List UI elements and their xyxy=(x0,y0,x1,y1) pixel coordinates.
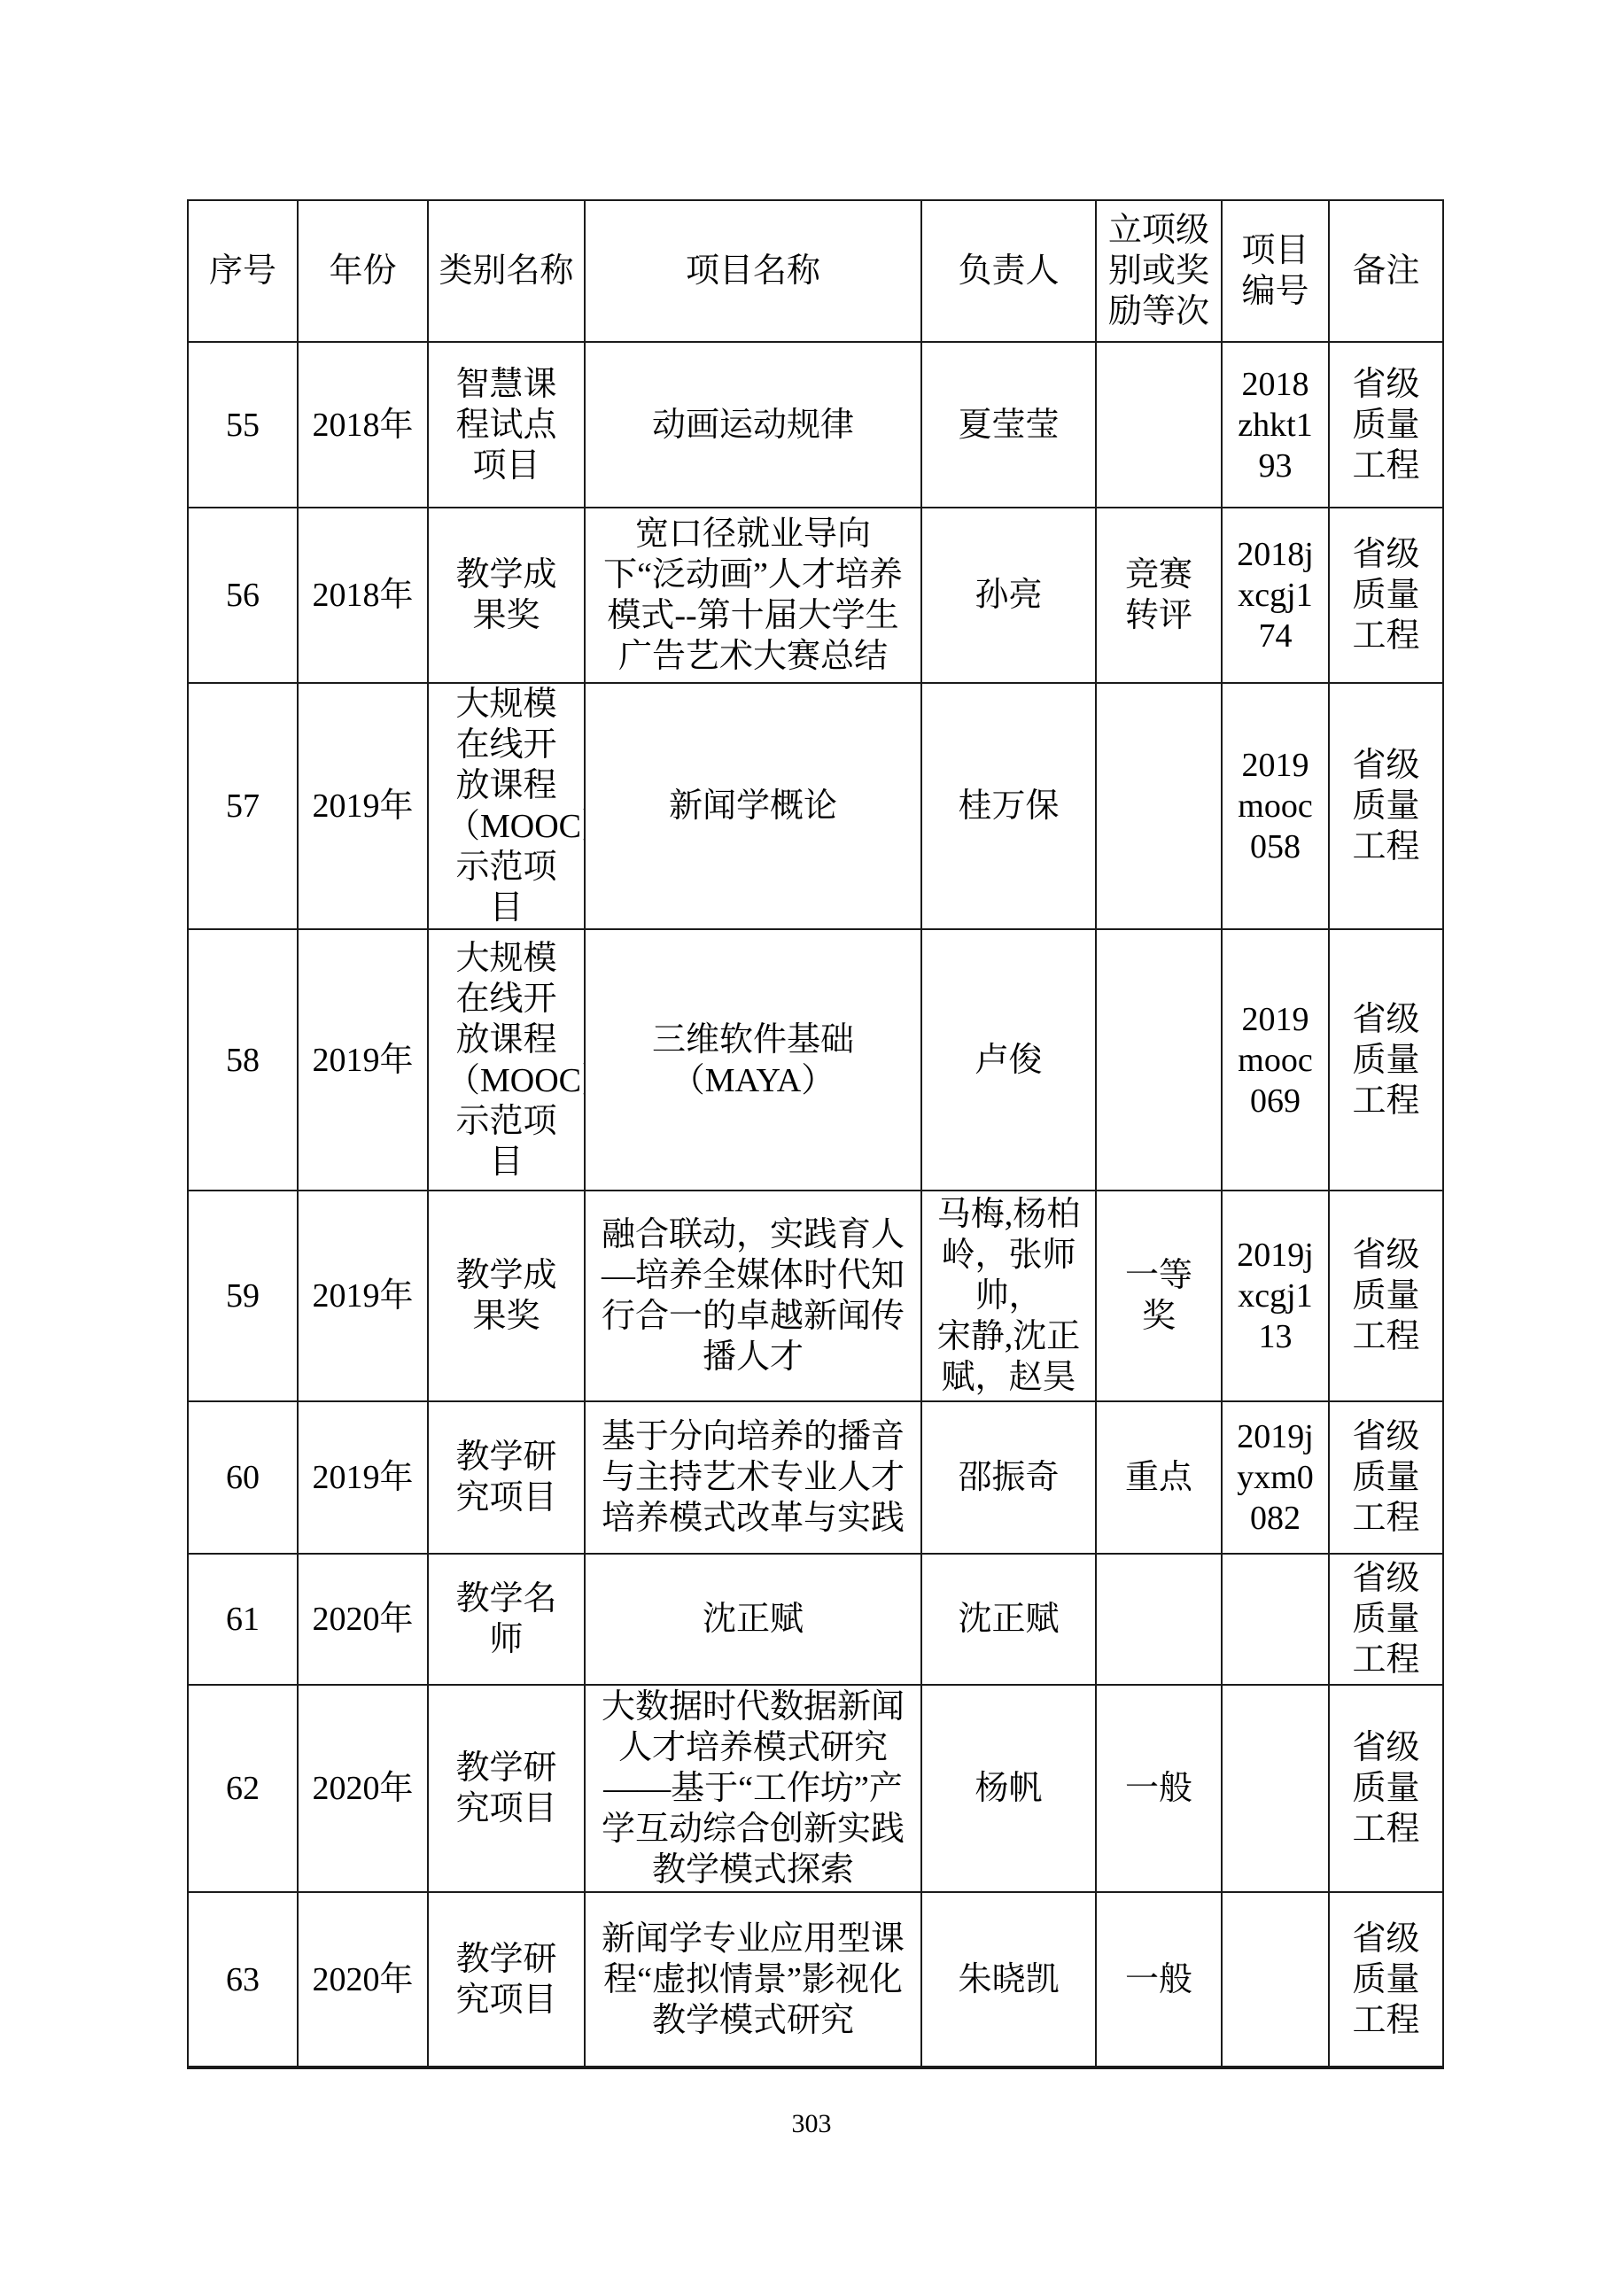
cell-year: 2019年 xyxy=(298,1401,428,1554)
cell-level: 一般 xyxy=(1096,1685,1222,1892)
table-row: 55 2018年 智慧课程试点项目 动画运动规律 夏莹莹 2018zhkt193… xyxy=(188,342,1443,508)
table-row: 58 2019年 大规模在线开放课程（MOOC）示范项目 三维软件基础（MAYA… xyxy=(188,929,1443,1191)
cell-leader: 夏莹莹 xyxy=(921,342,1096,508)
cell-category: 教学名师 xyxy=(428,1554,585,1685)
table-header: 序号 年份 类别名称 项目名称 负责人 立项级别或奖励等次 项目编号 备注 xyxy=(188,200,1443,342)
cell-note: 省级质量工程 xyxy=(1329,1685,1443,1892)
cell-code: 2019mooc069 xyxy=(1222,929,1329,1191)
table-row: 56 2018年 教学成果奖 宽口径就业导向下“泛动画”人才培养模式--第十届大… xyxy=(188,508,1443,683)
cell-note: 省级质量工程 xyxy=(1329,508,1443,683)
header-remark: 备注 xyxy=(1329,200,1443,342)
header-row: 序号 年份 类别名称 项目名称 负责人 立项级别或奖励等次 项目编号 备注 xyxy=(188,200,1443,342)
cell-year: 2018年 xyxy=(298,508,428,683)
cell-level: 重点 xyxy=(1096,1401,1222,1554)
cell-leader: 马梅,杨柏岭，张师帅， 宋静,沈正赋，赵昊 xyxy=(921,1191,1096,1401)
cell-no: 56 xyxy=(188,508,298,683)
cell-category: 教学研究项目 xyxy=(428,1892,585,2067)
cell-project: 宽口径就业导向下“泛动画”人才培养模式--第十届大学生广告艺术大赛总结 xyxy=(585,508,921,683)
table-row: 57 2019年 大规模在线开放课程（MOOC）示范项目 新闻学概论 桂万保 2… xyxy=(188,683,1443,929)
cell-no: 57 xyxy=(188,683,298,929)
cell-no: 61 xyxy=(188,1554,298,1685)
cell-project: 新闻学概论 xyxy=(585,683,921,929)
cell-category: 智慧课程试点项目 xyxy=(428,342,585,508)
cell-category: 大规模在线开放课程（MOOC）示范项目 xyxy=(428,929,585,1191)
cell-code: 2019jxcgj113 xyxy=(1222,1191,1329,1401)
cell-code: 2018zhkt193 xyxy=(1222,342,1329,508)
cell-leader: 桂万保 xyxy=(921,683,1096,929)
cell-note: 省级质量工程 xyxy=(1329,1554,1443,1685)
cell-note: 省级质量工程 xyxy=(1329,929,1443,1191)
cell-project: 三维软件基础（MAYA） xyxy=(585,929,921,1191)
cell-no: 55 xyxy=(188,342,298,508)
table-row: 59 2019年 教学成果奖 融合联动，实践育人—培养全媒体时代知行合一的卓越新… xyxy=(188,1191,1443,1401)
page-number: 303 xyxy=(0,2108,1623,2140)
cell-category: 教学成果奖 xyxy=(428,1191,585,1401)
header-year: 年份 xyxy=(298,200,428,342)
table-row: 62 2020年 教学研究项目 大数据时代数据新闻人才培养模式研究——基于“工作… xyxy=(188,1685,1443,1892)
table-row: 61 2020年 教学名师 沈正赋 沈正赋 省级质量工程 xyxy=(188,1554,1443,1685)
cell-leader: 卢俊 xyxy=(921,929,1096,1191)
cell-project: 新闻学专业应用型课程“虚拟情景”影视化教学模式研究 xyxy=(585,1892,921,2067)
cell-project: 融合联动，实践育人—培养全媒体时代知行合一的卓越新闻传播人才 xyxy=(585,1191,921,1401)
cell-code: 2019jyxm0082 xyxy=(1222,1401,1329,1554)
cell-no: 58 xyxy=(188,929,298,1191)
cell-level xyxy=(1096,683,1222,929)
cell-level xyxy=(1096,1554,1222,1685)
cell-note: 省级质量工程 xyxy=(1329,683,1443,929)
cell-leader: 孙亮 xyxy=(921,508,1096,683)
cell-no: 60 xyxy=(188,1401,298,1554)
cell-year: 2019年 xyxy=(298,929,428,1191)
document-page: 序号 年份 类别名称 项目名称 负责人 立项级别或奖励等次 项目编号 备注 55… xyxy=(0,0,1623,2296)
cell-note: 省级质量工程 xyxy=(1329,1401,1443,1554)
cell-category: 教学研究项目 xyxy=(428,1401,585,1554)
cell-project: 动画运动规律 xyxy=(585,342,921,508)
cell-note: 省级质量工程 xyxy=(1329,1892,1443,2067)
cell-project: 基于分向培养的播音与主持艺术专业人才培养模式改革与实践 xyxy=(585,1401,921,1554)
cell-no: 62 xyxy=(188,1685,298,1892)
table-body: 55 2018年 智慧课程试点项目 动画运动规律 夏莹莹 2018zhkt193… xyxy=(188,342,1443,2067)
cell-note: 省级质量工程 xyxy=(1329,1191,1443,1401)
cell-year: 2020年 xyxy=(298,1554,428,1685)
cell-project: 沈正赋 xyxy=(585,1554,921,1685)
cell-year: 2019年 xyxy=(298,683,428,929)
header-project-code: 项目编号 xyxy=(1222,200,1329,342)
table-row: 63 2020年 教学研究项目 新闻学专业应用型课程“虚拟情景”影视化教学模式研… xyxy=(188,1892,1443,2067)
table-row: 60 2019年 教学研究项目 基于分向培养的播音与主持艺术专业人才培养模式改革… xyxy=(188,1401,1443,1554)
header-leader: 负责人 xyxy=(921,200,1096,342)
cell-code xyxy=(1222,1685,1329,1892)
cell-year: 2018年 xyxy=(298,342,428,508)
cell-project: 大数据时代数据新闻人才培养模式研究——基于“工作坊”产学互动综合创新实践教学模式… xyxy=(585,1685,921,1892)
cell-level xyxy=(1096,342,1222,508)
cell-note: 省级质量工程 xyxy=(1329,342,1443,508)
cell-code xyxy=(1222,1554,1329,1685)
cell-leader: 朱晓凯 xyxy=(921,1892,1096,2067)
cell-no: 63 xyxy=(188,1892,298,2067)
header-category: 类别名称 xyxy=(428,200,585,342)
cell-level: 一等 奖 xyxy=(1096,1191,1222,1401)
cell-leader: 沈正赋 xyxy=(921,1554,1096,1685)
cell-level: 一般 xyxy=(1096,1892,1222,2067)
header-project-name: 项目名称 xyxy=(585,200,921,342)
header-serial: 序号 xyxy=(188,200,298,342)
cell-level xyxy=(1096,929,1222,1191)
cell-year: 2020年 xyxy=(298,1892,428,2067)
cell-code xyxy=(1222,1892,1329,2067)
cell-year: 2019年 xyxy=(298,1191,428,1401)
cell-no: 59 xyxy=(188,1191,298,1401)
cell-category: 教学研究项目 xyxy=(428,1685,585,1892)
cell-code: 2018jxcgj174 xyxy=(1222,508,1329,683)
cell-level: 竞赛 转评 xyxy=(1096,508,1222,683)
cell-category: 教学成果奖 xyxy=(428,508,585,683)
cell-year: 2020年 xyxy=(298,1685,428,1892)
header-level: 立项级别或奖励等次 xyxy=(1096,200,1222,342)
cell-category: 大规模在线开放课程（MOOC）示范项目 xyxy=(428,683,585,929)
cell-leader: 邵振奇 xyxy=(921,1401,1096,1554)
cell-leader: 杨帆 xyxy=(921,1685,1096,1892)
cell-code: 2019mooc058 xyxy=(1222,683,1329,929)
projects-table: 序号 年份 类别名称 项目名称 负责人 立项级别或奖励等次 项目编号 备注 55… xyxy=(187,199,1444,2069)
